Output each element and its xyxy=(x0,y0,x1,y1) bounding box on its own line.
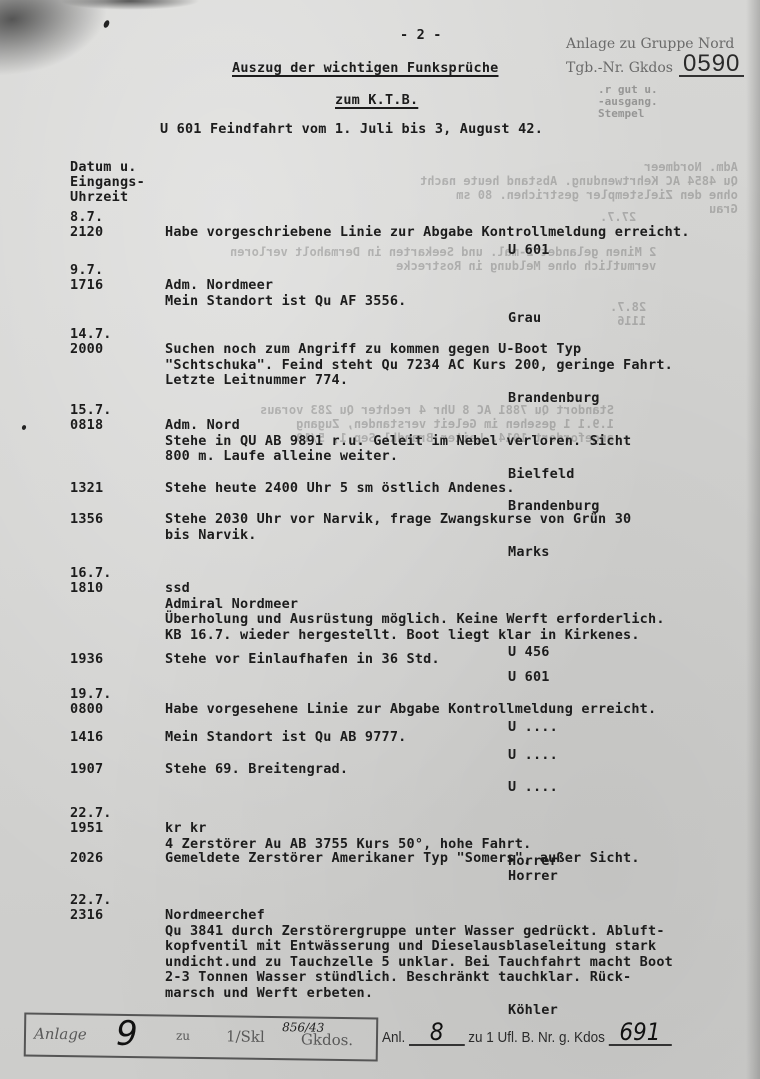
column-header-line: Uhrzeit xyxy=(70,189,128,205)
entry-date: 8.7. xyxy=(70,210,103,225)
top-smudge xyxy=(60,0,200,10)
entry-text-line: undicht.und zu Tauchzelle 5 unklar. Bei … xyxy=(165,955,673,970)
ref-value: 691 xyxy=(608,1020,671,1046)
bleed-through-text: 2 Minen gelandet 2-mal. und Seekarten in… xyxy=(230,245,656,273)
entry-date: 16.7. xyxy=(70,566,112,581)
entry-signature: Horrer xyxy=(508,869,558,884)
entry-text-line: kopfventil mit Entwässerung und Dieselau… xyxy=(165,939,656,954)
entry-signature: Bielfeld xyxy=(508,467,575,482)
entry-text-line: Mein Standort ist Qu AB 9777. xyxy=(165,730,407,745)
entry-date: 22.7. xyxy=(70,893,112,908)
entry-date: 9.7. xyxy=(70,263,103,278)
entry-time: 1321 xyxy=(70,481,103,496)
entry-signature: U 601 xyxy=(508,670,550,685)
entry-text-line: Adm. Nordmeer xyxy=(165,278,273,293)
entry-signature: U 456 xyxy=(508,645,550,660)
entry-text-line: Admiral Nordmeer xyxy=(165,597,298,612)
entry-signature: Köhler xyxy=(508,1003,558,1018)
entry-time: 1416 xyxy=(70,730,103,745)
entry-text-line: Stehe 2030 Uhr vor Narvik, frage Zwangsk… xyxy=(165,512,631,527)
entry-text-line: Letzte Leitnummer 774. xyxy=(165,373,348,388)
entry-time: 1810 xyxy=(70,581,103,596)
scanned-document-page: Adm. Nordmeer Qu 4854 AC Kehrtwendung. A… xyxy=(0,0,760,1079)
entry-time: 0818 xyxy=(70,418,103,433)
faint-stamp: .r gut u. -ausgang. Stempel xyxy=(598,84,658,120)
entry-text-line: Stehe in QU AB 9891 r.u. Geleit im Nebel… xyxy=(165,434,631,449)
entry-signature: U 601 xyxy=(508,243,550,258)
document-subtitle: zum K.T.B. xyxy=(335,93,418,108)
entry-text-line: 2-3 Tonnen Wasser stündlich. Beschränkt … xyxy=(165,970,631,985)
entry-text-line: bis Narvik. xyxy=(165,528,257,543)
document-title: Auszug der wichtigen Funksprüche xyxy=(232,61,499,76)
entry-signature: U .... xyxy=(508,780,558,795)
column-header-line: Eingangs- xyxy=(70,174,145,190)
column-header: Datum u. Eingangs- Uhrzeit xyxy=(70,160,145,205)
entry-text-line: KB 16.7. wieder hergestellt. Boot liegt … xyxy=(165,628,640,643)
entry-text-line: Mein Standort ist Qu AF 3556. xyxy=(165,294,407,309)
registry-stamp: Anlage zu Gruppe Nord Tgb.-Nr. Gkdos 059… xyxy=(566,36,756,77)
entry-text-line: "Schtschuka". Feind steht Qu 7234 AC Kur… xyxy=(165,358,673,373)
entry-time: 1951 xyxy=(70,821,103,836)
column-header-line: Datum u. xyxy=(70,159,137,175)
entry-text-line: Habe vorgeschriebene Linie zur Abgabe Ko… xyxy=(165,225,690,240)
entry-text-line: Suchen noch zum Angriff zu kommen gegen … xyxy=(165,342,581,357)
page-number: - 2 - xyxy=(400,28,442,43)
stamp-line-2-label: Tgb.-Nr. Gkdos xyxy=(566,60,673,77)
annex-label: Anlage xyxy=(34,1025,87,1044)
ref-text: zu 1 Ufl. B. Nr. g. Kdos xyxy=(468,1029,605,1046)
annex-handwritten-number: 9 xyxy=(116,1014,138,1054)
entry-text-line: Überholung und Ausrüstung möglich. Keine… xyxy=(165,612,665,627)
annex-reference-line: Anl. 8 zu 1 Ufl. B. Nr. g. Kdos 691 xyxy=(382,1020,671,1046)
anl-value: 8 xyxy=(409,1020,465,1046)
entry-time: 0800 xyxy=(70,702,103,717)
entry-signature: U .... xyxy=(508,720,558,735)
entry-text-line: kr kr xyxy=(165,821,207,836)
entry-time: 1716 xyxy=(70,278,103,293)
entry-time: 1936 xyxy=(70,652,103,667)
annex-reference: 1/Skl xyxy=(226,1027,265,1046)
annex-stamp-box: Anlage 9 zu 1/Skl 856/43 Gkdos. xyxy=(24,1013,379,1062)
annex-suffix: Gkdos. xyxy=(301,1030,353,1049)
entry-signature: U .... xyxy=(508,748,558,763)
anl-label: Anl. xyxy=(382,1029,405,1046)
entry-time: 2120 xyxy=(70,225,103,240)
entry-date: 15.7. xyxy=(70,403,112,418)
entry-time: 2000 xyxy=(70,342,103,357)
entry-text-line: Nordmeerchef xyxy=(165,908,265,923)
bleed-through-text: 27.7. xyxy=(600,210,636,224)
entry-signature: Brandenburg xyxy=(508,391,600,406)
entry-text-line: Stehe vor Einlaufhafen in 36 Std. xyxy=(165,652,440,667)
entry-text-line: Qu 3841 durch Zerstörergruppe unter Wass… xyxy=(165,924,665,939)
annex-zu: zu xyxy=(176,1029,190,1043)
entry-text-line: Stehe 69. Breitengrad. xyxy=(165,762,348,777)
entry-text-line: ssd xyxy=(165,581,190,596)
entry-time: 2316 xyxy=(70,908,103,923)
voyage-line: U 601 Feindfahrt vom 1. Juli bis 3, Augu… xyxy=(160,122,543,137)
entry-date: 19.7. xyxy=(70,687,112,702)
entry-date: 22.7. xyxy=(70,806,112,821)
entry-text-line: marsch und Werft erbeten. xyxy=(165,986,373,1001)
entry-time: 2026 xyxy=(70,851,103,866)
entry-text-line: 800 m. Laufe alleine weiter. xyxy=(165,449,398,464)
entry-text-line: Adm. Nord xyxy=(165,418,240,433)
stamp-number: 0590 xyxy=(679,53,744,77)
faint-stamp-line: Stempel xyxy=(598,108,658,120)
bleed-through-text: 28.7. 1116 xyxy=(610,300,646,328)
entry-text-line: Stehe heute 2400 Uhr 5 sm östlich Andene… xyxy=(165,481,515,496)
entry-signature: Marks xyxy=(508,545,550,560)
corner-smudge xyxy=(0,0,115,78)
bleed-through-text: Adm. Nordmeer Qu 4854 AC Kehrtwendung. A… xyxy=(420,160,738,216)
entry-text-line: Habe vorgesehene Linie zur Abgabe Kontro… xyxy=(165,702,656,717)
ink-speck xyxy=(21,424,27,430)
entry-time: 1356 xyxy=(70,512,103,527)
entry-date: 14.7. xyxy=(70,327,112,342)
entry-signature: Grau xyxy=(508,311,541,326)
entry-time: 1907 xyxy=(70,762,103,777)
entry-text-line: Gemeldete Zerstörer Amerikaner Typ "Some… xyxy=(165,851,640,866)
